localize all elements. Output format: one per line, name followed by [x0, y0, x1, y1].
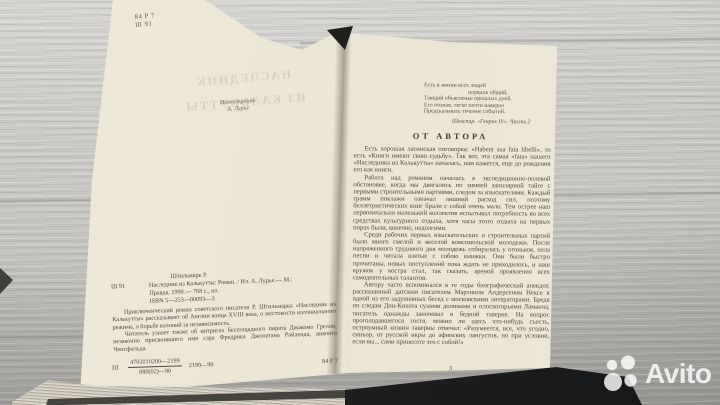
page-number: 3	[352, 365, 549, 372]
avito-wordmark: Avito	[645, 358, 711, 390]
udc-bbk: 84 Р 7	[322, 357, 338, 364]
epigraph: Есть в жизни всех людей порядок общий, Т…	[424, 82, 552, 126]
udc-prefix: Ш	[112, 364, 118, 371]
chapter-heading: ОТ АВТОРА	[352, 130, 549, 141]
biblio-index-code: Ш 91	[111, 282, 150, 298]
bibliographic-record: Штильмарк Р. Ш 91 Наследник из Калькутты…	[111, 267, 338, 354]
udc-fraction: 4702010200—2199 080(02)—90	[128, 357, 182, 376]
epigraph-attribution: Шекспир. «Генрих IV». Часть 2	[424, 118, 552, 126]
preface-paragraph: Работа над романом началась в экспедицио…	[353, 174, 550, 233]
avito-logo-icon	[602, 354, 640, 394]
avito-watermark: Avito	[602, 354, 711, 394]
udc-suffix: 2199—90	[189, 361, 214, 369]
preface-text: Есть хорошая латинская поговорка: «Haben…	[352, 145, 550, 347]
book-listing-photo: 84 Р 7 Ш 91 НАСЛЕДНИК ИЗ КАЛЬКУТТЫ Иллюс…	[0, 0, 720, 405]
preface-paragraph: Среди рабочих первых изыскательских и ст…	[353, 231, 550, 282]
library-stamp: 84 Р 7 Ш 91	[135, 12, 156, 28]
stamp-author-code: Ш 91	[135, 20, 156, 29]
preface-paragraph: Автору часто вспоминался в те годы биогр…	[352, 281, 549, 347]
preface-paragraph: Есть хорошая латинская поговорка: «Haben…	[354, 145, 551, 175]
